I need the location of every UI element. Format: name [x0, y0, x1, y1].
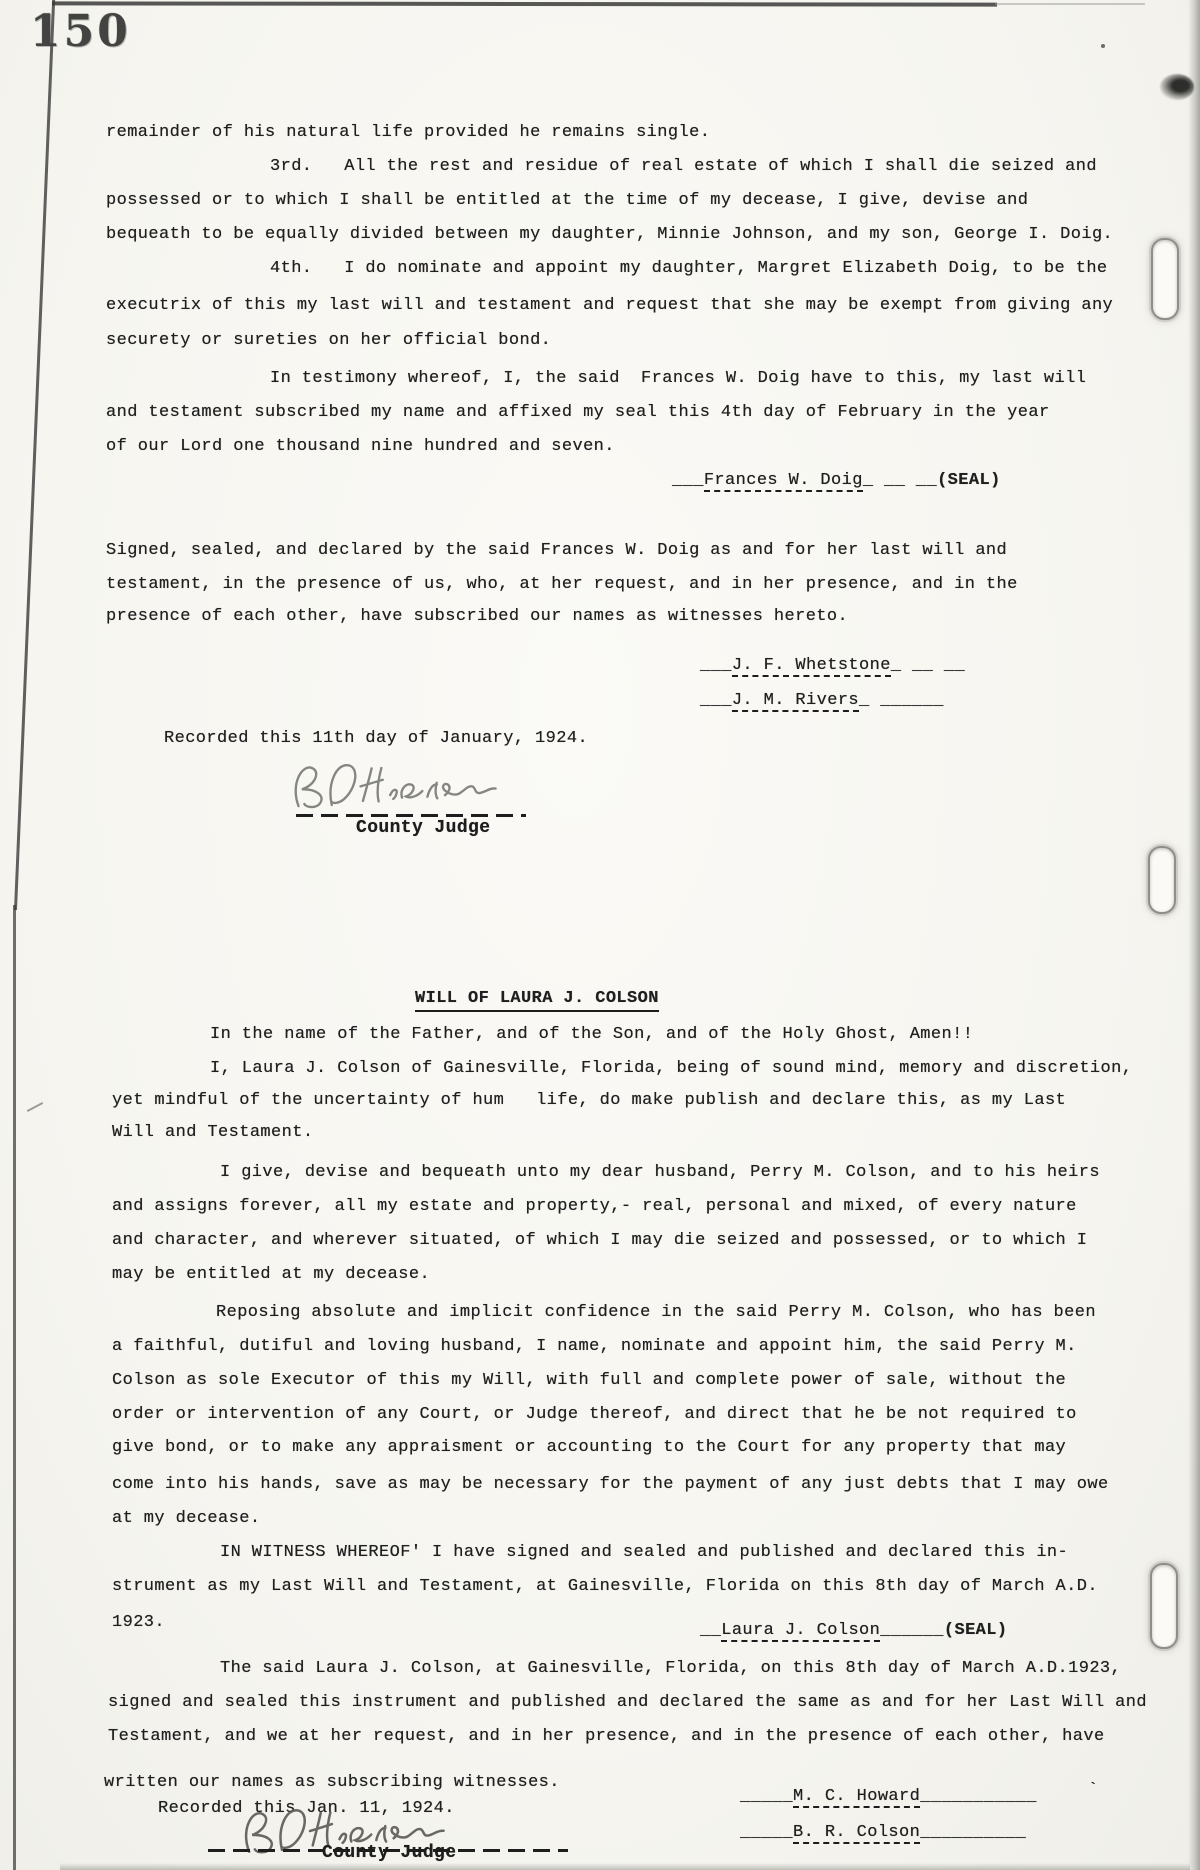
document-title-text: WILL OF LAURA J. COLSON: [415, 989, 659, 1012]
seal-label: (SEAL): [937, 471, 1001, 490]
scan-edge-bottom: [60, 1863, 1190, 1870]
attestation-line: The said Laura J. Colson, at Gainesville…: [220, 1658, 1121, 1680]
dash-fill: _ __ __: [863, 471, 937, 490]
attestation-line: Testament, and we at her request, and in…: [108, 1726, 1105, 1748]
dash-fill: ___: [700, 656, 732, 675]
attestation-line: testament, in the presence of us, who, a…: [106, 574, 1018, 596]
doc-line: and testament subscribed my name and aff…: [106, 402, 1050, 424]
binder-slot-top: [1151, 238, 1179, 320]
witness-signature-row: ___J. M. Rivers_ ______: [700, 690, 944, 712]
judge-title: County Judge: [356, 818, 490, 838]
ink-speck: [1101, 44, 1105, 48]
doc-line: possessed or to which I shall be entitle…: [106, 190, 1028, 212]
doc-line: order or intervention of any Court, or J…: [112, 1404, 1077, 1426]
doc-line: In testimony whereof, I, the said France…: [270, 368, 1086, 390]
attestation-line: signed and sealed this instrument and pu…: [108, 1692, 1147, 1714]
witness-signature: J. M. Rivers: [732, 691, 859, 712]
ink-smudge: [1160, 74, 1194, 100]
dash-fill: ______: [880, 1621, 944, 1640]
witness-signature: J. F. Whetstone: [732, 656, 891, 677]
dash-fill: ___: [700, 691, 732, 710]
doc-line: and character, and wherever situated, of…: [112, 1230, 1087, 1252]
doc-line: give bond, or to make any appraisment or…: [112, 1437, 1066, 1459]
witness-signature-row: _____M. C. Howard___________: [740, 1786, 1037, 1808]
doc-line: of our Lord one thousand nine hundred an…: [106, 436, 615, 458]
doc-line: 4th. I do nominate and appoint my daught…: [270, 258, 1108, 280]
doc-line: In the name of the Father, and of the So…: [210, 1024, 973, 1046]
scan-edge-left-upper: [14, 0, 55, 910]
scan-edge-top: [52, 1, 997, 6]
scan-edge-left-lower: [13, 905, 16, 1870]
record-book-page: 150 remainder of his natural life provid…: [0, 0, 1200, 1870]
doc-line: 3rd. All the rest and residue of real es…: [270, 156, 1097, 178]
doc-line: yet mindful of the uncertainty of hum li…: [112, 1090, 1066, 1112]
binder-slot-middle: [1148, 846, 1176, 914]
doc-line: Colson as sole Executor of this my Will,…: [112, 1370, 1066, 1392]
scan-edge-right: [1188, 0, 1200, 1870]
doc-line: strument as my Last Will and Testament, …: [112, 1576, 1098, 1598]
doc-line: may be entitled at my decease.: [112, 1264, 430, 1286]
witness-signature: B. R. Colson: [793, 1823, 920, 1844]
witness-signature-row: ___J. F. Whetstone_ __ __: [700, 655, 965, 677]
doc-line: I, Laura J. Colson of Gainesville, Flori…: [210, 1058, 1132, 1080]
doc-line: remainder of his natural life provided h…: [106, 122, 710, 144]
judge-title: County Judge: [322, 1843, 456, 1863]
stray-pen-mark: `: [1088, 1780, 1099, 1802]
doc-line: securety or sureties on her official bon…: [106, 330, 551, 352]
doc-line: and assigns forever, all my estate and p…: [112, 1196, 1077, 1218]
doc-line: bequeath to be equally divided between m…: [106, 224, 1113, 246]
attestation-line: written our names as subscribing witness…: [104, 1772, 560, 1794]
doc-line: at my decease.: [112, 1508, 260, 1530]
dash-fill: __: [700, 1621, 721, 1640]
doc-line: IN WITNESS WHEREOF' I have signed and se…: [220, 1542, 1068, 1564]
doc-line: I give, devise and bequeath unto my dear…: [220, 1162, 1100, 1184]
dash-fill: ___: [672, 471, 704, 490]
recorded-notation: Recorded this 11th day of January, 1924.: [164, 728, 588, 750]
witness-signature-row: _____B. R. Colson__________: [740, 1822, 1026, 1844]
judge-signature: [287, 748, 514, 818]
dash-fill: _____: [740, 1823, 793, 1842]
doc-line: a faithful, dutiful and loving husband, …: [112, 1336, 1077, 1358]
doc-line: Reposing absolute and implicit confidenc…: [216, 1302, 1096, 1324]
testator-signature: Frances W. Doig: [704, 471, 863, 492]
pen-mark: [27, 1102, 44, 1112]
testator-signature-row: __Laura J. Colson______(SEAL): [700, 1620, 1008, 1642]
dash-fill: _____: [740, 1787, 793, 1806]
attestation-line: Signed, sealed, and declared by the said…: [106, 540, 1007, 562]
scan-edge-top-faint: [995, 3, 1145, 5]
binder-slot-bottom: [1150, 1563, 1178, 1649]
doc-line: Will and Testament.: [112, 1122, 313, 1144]
doc-line: come into his hands, save as may be nece…: [112, 1474, 1109, 1496]
testator-signature-row: ___Frances W. Doig_ __ __(SEAL): [672, 470, 1001, 492]
seal-label: (SEAL): [944, 1621, 1008, 1640]
dash-fill: __________: [920, 1823, 1026, 1842]
signature-rule: [296, 814, 526, 817]
dash-fill: ___________: [920, 1787, 1037, 1806]
doc-line: executrix of this my last will and testa…: [106, 295, 1113, 317]
document-title: WILL OF LAURA J. COLSON: [415, 988, 659, 1010]
dash-fill: _ __ __: [891, 656, 965, 675]
witness-signature: M. C. Howard: [793, 1787, 920, 1808]
attestation-line: presence of each other, have subscribed …: [106, 606, 848, 628]
testator-signature: Laura J. Colson: [721, 1621, 880, 1642]
page-number-stamp: 150: [30, 6, 131, 57]
dash-fill: _ ______: [859, 691, 944, 710]
doc-line: 1923.: [112, 1612, 165, 1634]
